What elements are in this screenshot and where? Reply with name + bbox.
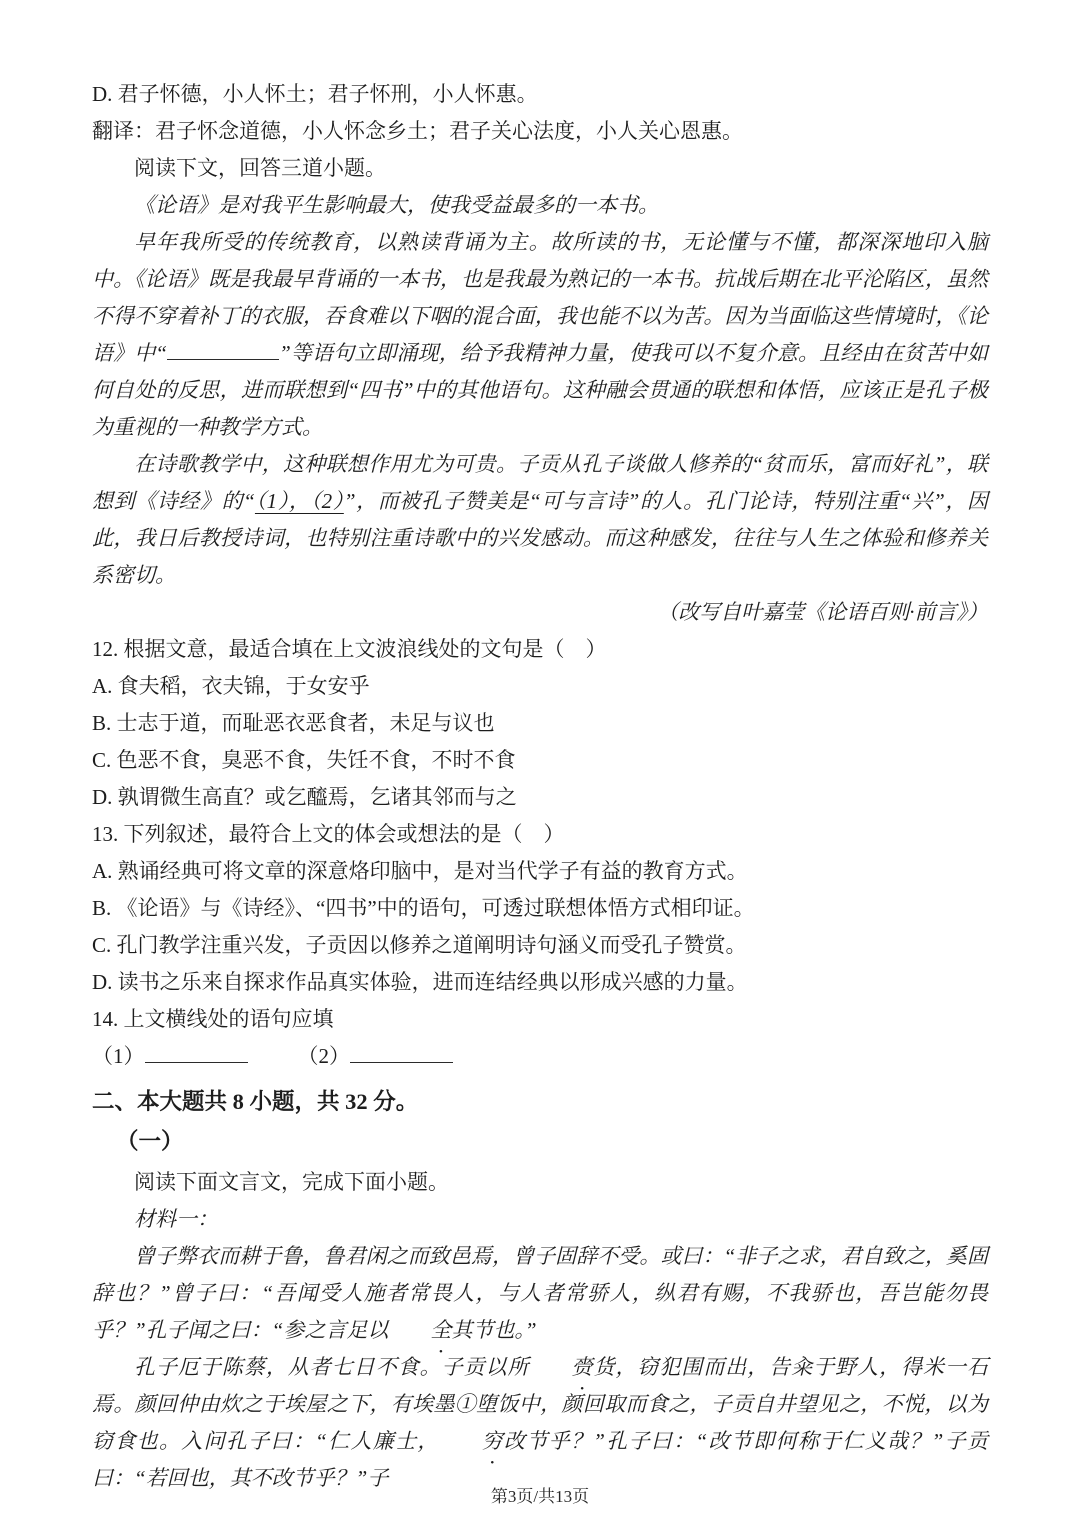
- exam-page: D. 君子怀德，小人怀土；君子怀刑，小人怀惠。 翻译：君子怀念道德，小人怀念乡土…: [0, 0, 1080, 1527]
- q13-option-a: A. 熟诵经典可将文章的深意烙印脑中，是对当代学子有益的教育方式。: [92, 853, 988, 890]
- m2-dotted-char-1: 赍: [530, 1349, 593, 1386]
- passage1-source-attribution: （改写自叶嘉莹《论语百则·前言》）: [92, 594, 988, 631]
- passage1-paragraph2: 早年我所受的传统教育，以熟读背诵为主。故所读的书，无论懂与不懂，都深深地印入脑中…: [92, 224, 988, 446]
- page-number-footer: 第3页/共13页: [0, 1482, 1080, 1507]
- q13-option-c: C. 孔门教学注重兴发，子贡因以修养之道阐明诗句涵义而受孔子赞赏。: [92, 927, 988, 964]
- underlined-blank-2: （2）: [310, 489, 343, 513]
- q12-option-a: A. 食夫稻，衣夫锦，于女安乎: [92, 668, 988, 705]
- q14-answer-blanks: （1）（2）: [92, 1038, 988, 1075]
- q12-option-d: D. 孰谓微生高直？或乞醯焉，乞诸其邻而与之: [92, 779, 988, 816]
- material1-paragraph2: 孔子厄于陈蔡，从者七日不食。子贡以所赍货，窃犯围而出，告籴于野人，得米一石焉。颜…: [92, 1349, 988, 1497]
- q13-option-d: D. 读书之乐来自探求作品真实体验，进而连结经典以形成兴感的力量。: [92, 964, 988, 1001]
- passage1-paragraph3: 在诗歌教学中，这种联想作用尤为可贵。子贡从孔子谈做人修养的“贫而乐，富而好礼”，…: [92, 446, 988, 594]
- underlined-blank-1: （1），: [255, 489, 311, 513]
- q12-option-c: C. 色恶不食，臭恶不食，失饪不食，不时不食: [92, 742, 988, 779]
- q14-blank2-underline: [350, 1062, 453, 1063]
- q14-blank1-label: （1）: [92, 1044, 145, 1068]
- question-12-stem: 12. 根据文意，最适合填在上文波浪线处的文句是（ ）: [92, 631, 988, 668]
- section2-heading: 二、本大题共 8 小题，共 32 分。: [92, 1082, 988, 1122]
- section2-intro: 阅读下面文言文，完成下面小题。: [92, 1164, 988, 1201]
- prev-option-d: D. 君子怀德，小人怀土；君子怀刑，小人怀惠。: [92, 76, 988, 113]
- question-13-stem: 13. 下列叙述，最符合上文的体会或想法的是（ ）: [92, 816, 988, 853]
- page-content: D. 君子怀德，小人怀土；君子怀刑，小人怀惠。 翻译：君子怀念道德，小人怀念乡土…: [92, 76, 988, 1497]
- m1-dotted-char: 全: [388, 1312, 451, 1349]
- q14-blank2-label: （2）: [298, 1044, 351, 1068]
- question-14-stem: 14. 上文横线处的语句应填: [92, 1001, 988, 1038]
- section2-part-label: （一）: [92, 1122, 988, 1162]
- q13-option-b: B. 《论语》与《诗经》、“四书”中的语句，可透过联想体悟方式相印证。: [92, 890, 988, 927]
- q14-blank1-underline: [145, 1062, 248, 1063]
- m1-segment2: 其节也。”: [451, 1318, 536, 1342]
- material1-label: 材料一：: [92, 1201, 988, 1238]
- p2-text-after-blank: ”等语句立即涌现，给予我精神力量，使我可以不复介意。且经由在贫苦中如何自处的反思…: [92, 341, 988, 439]
- m2-segment1: 孔子厄于陈蔡，从者七日不食。子贡以所: [134, 1355, 530, 1379]
- passage1-opening-line: 《论语》是对我平生影响最大，使我受益最多的一本书。: [92, 187, 988, 224]
- fill-blank-underline: [167, 359, 279, 360]
- translation-line: 翻译：君子怀念道德，小人怀念乡土；君子关心法度，小人关心恩惠。: [92, 113, 988, 150]
- m1-segment1: 曾子弊衣而耕于鲁，鲁君闲之而致邑焉，曾子固辞不受。或曰：“非子之求，君自致之，奚…: [92, 1244, 988, 1342]
- reading1-intro: 阅读下文，回答三道小题。: [92, 150, 988, 187]
- q12-option-b: B. 士志于道，而耻恶衣恶食者，未足与议也: [92, 705, 988, 742]
- material1-paragraph1: 曾子弊衣而耕于鲁，鲁君闲之而致邑焉，曾子固辞不受。或曰：“非子之求，君自致之，奚…: [92, 1238, 988, 1349]
- m2-dotted-char-2: 穷: [440, 1423, 503, 1460]
